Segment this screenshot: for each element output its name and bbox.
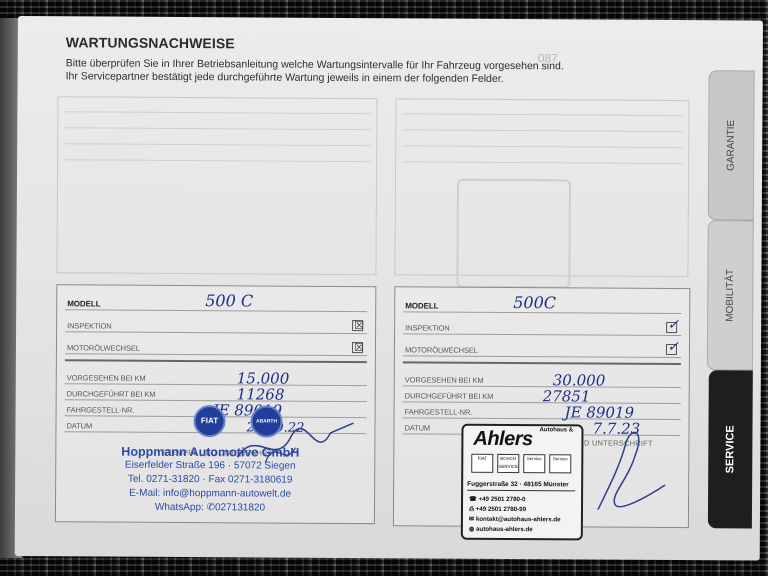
dealer-stamp-ahlers: Ahlers Autohaus & FIAT BOSCH SERVICE Ser…: [461, 424, 584, 541]
ghost-number: 087: [538, 51, 558, 65]
bosch-service-logo: BOSCH SERVICE: [497, 454, 519, 473]
signature-2: [590, 425, 671, 515]
divider: [403, 361, 681, 365]
row-inspection: INSPEKTION ✓: [403, 317, 681, 336]
signature-1: [235, 417, 355, 478]
service-logo-2: Service: [549, 454, 571, 473]
tab-garantie[interactable]: GARANTIE: [708, 70, 755, 220]
row-model: MODELL 500 C: [65, 293, 367, 312]
row-model: MODELL 500C: [403, 295, 681, 314]
service-logos: FIAT BOSCH SERVICE Service Service: [471, 454, 571, 474]
model-value: 500 C: [205, 291, 253, 310]
page-number: 23: [723, 515, 738, 530]
service-logo-1: Service: [523, 454, 545, 473]
divider: [65, 359, 367, 363]
mail-icon: ✉: [469, 516, 476, 523]
intro-line-2: Ihr Servicepartner bestätigt jede durchg…: [66, 70, 564, 86]
row-oil-change: MOTORÖLWECHSEL ✓: [403, 339, 681, 358]
tab-mobilitaet[interactable]: MOBILITÄT: [707, 220, 754, 370]
intro-text: Bitte überprüfen Sie in Ihrer Betriebsan…: [66, 57, 564, 86]
row-inspection: INSPEKTION ☒: [65, 315, 367, 334]
booklet-page: WARTUNGSNACHWEISE Bitte überprüfen Sie i…: [15, 16, 763, 561]
fiat-badge: FIAT: [193, 405, 225, 437]
row-oil-change: MOTORÖLWECHSEL ☒: [65, 337, 367, 356]
ghost-form-left: [56, 96, 377, 275]
page-title: WARTUNGSNACHWEISE: [66, 34, 235, 51]
model-value: 500C: [513, 293, 556, 312]
ghost-stamp: [456, 179, 571, 289]
fiat-logo: FIAT: [471, 454, 493, 473]
tab-service[interactable]: SERVICE: [708, 370, 753, 528]
